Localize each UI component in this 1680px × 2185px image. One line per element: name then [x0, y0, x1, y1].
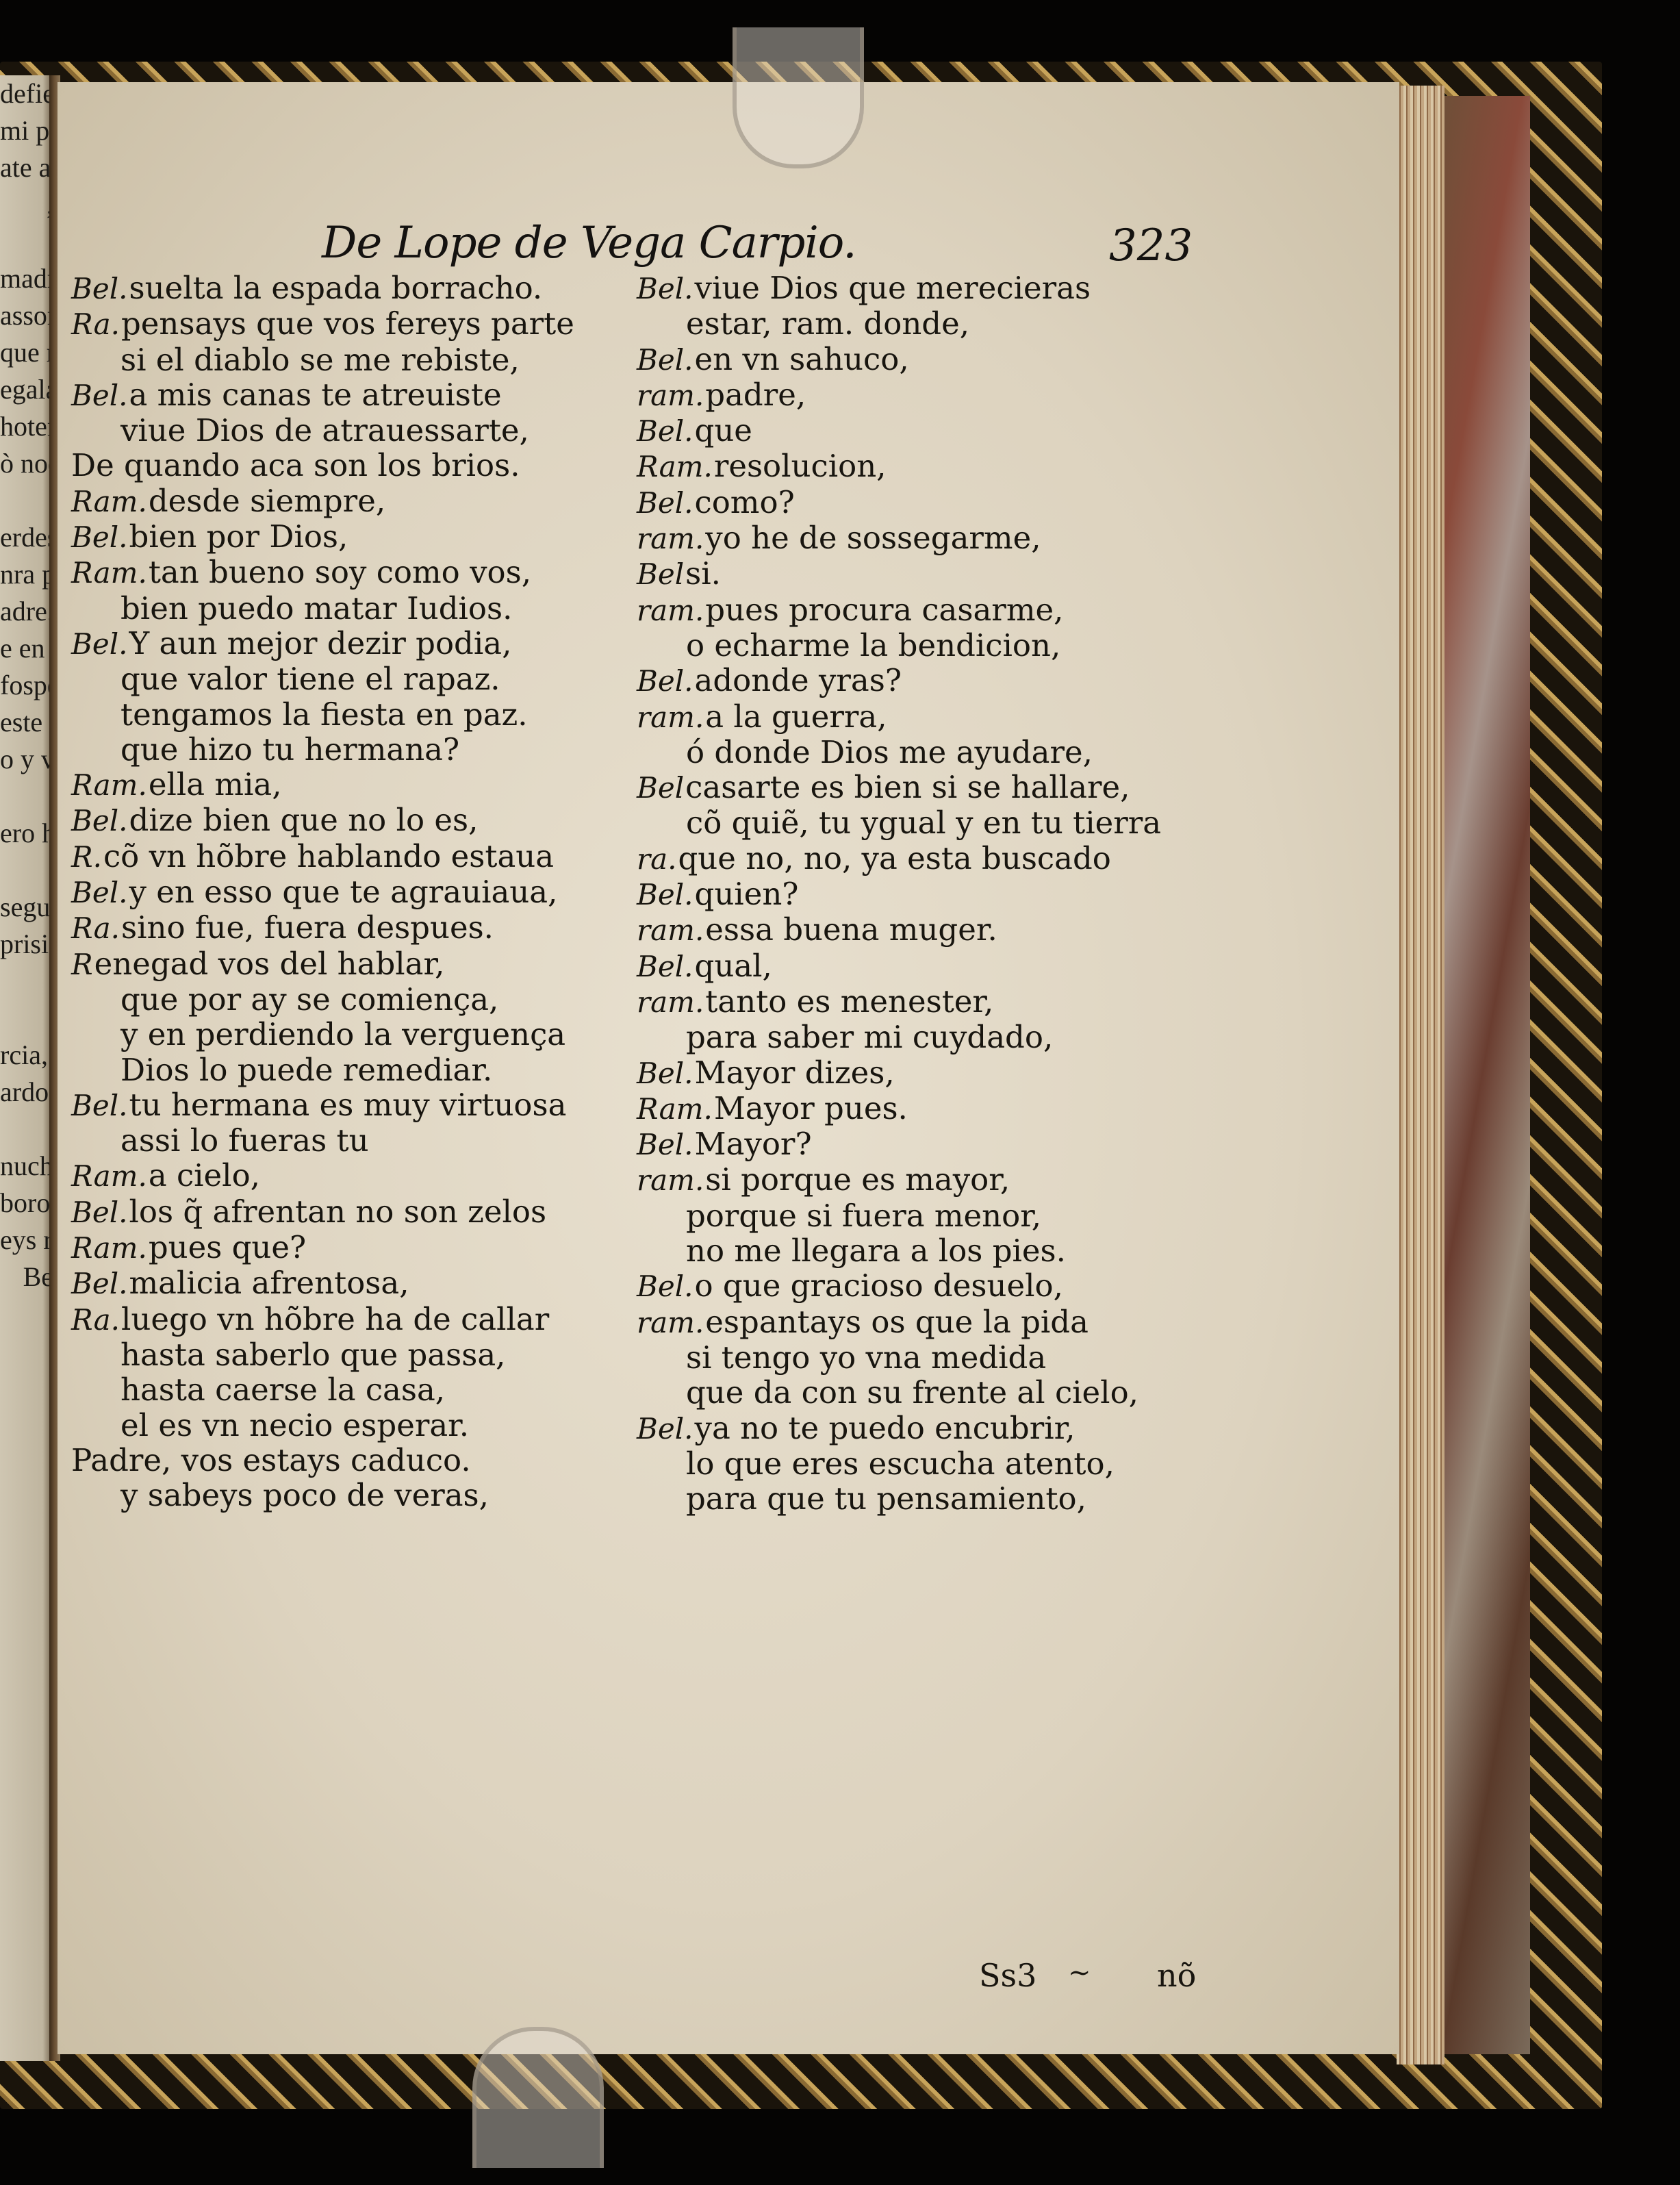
verse-text: si porque es mayor,	[705, 1161, 1010, 1198]
prev-page-text-fragment: ardo.	[0, 1074, 53, 1111]
verse-text: viue Dios que merecieras	[695, 270, 1091, 306]
verse-text: viue Dios de atrauessarte,	[120, 412, 529, 449]
prev-page-text-fragment: ,	[0, 186, 53, 223]
verse-line: Ram.tan bueno soy como vos,	[71, 555, 619, 590]
verse-line: Dios lo puede remediar.	[71, 1052, 619, 1087]
speaker-label: Bel.	[71, 520, 128, 554]
verse-text: para que tu pensamiento,	[686, 1480, 1086, 1517]
verse-line: que valor tiene el rapaz.	[71, 661, 619, 696]
ornament-dash: ~	[1068, 1957, 1091, 1988]
verse-text: quien?	[695, 876, 799, 912]
verse-line: ram.si porque es mayor,	[637, 1162, 1225, 1198]
verse-text: bien por Dios,	[129, 518, 348, 555]
verse-text: si el diablo se me rebiste,	[120, 342, 520, 378]
verse-text: a la guerra,	[705, 698, 887, 735]
verse-text: De quando aca son los brios.	[71, 447, 520, 483]
speaker-label: R	[71, 948, 93, 981]
verse-text: que da con su frente al cielo,	[686, 1374, 1138, 1411]
verse-text: tu hermana es muy virtuosa	[129, 1087, 567, 1123]
prev-page-text-fragment: Be	[0, 1259, 53, 1296]
verse-text: enegad vos del hablar,	[94, 946, 445, 982]
verse-line: tengamos la fiesta en paz.	[71, 697, 619, 732]
verse-line: ra.que no, no, ya esta buscado	[637, 841, 1225, 876]
verse-line: lo que eres escucha atento,	[637, 1446, 1225, 1481]
prev-page-text-fragment: assombra	[0, 297, 53, 334]
verse-line: ram.a la guerra,	[637, 699, 1225, 735]
prev-page-text-fragment: ero huyr	[0, 815, 53, 852]
verse-text: no me llegara a los pies.	[686, 1233, 1066, 1269]
catchword: nõ	[1157, 1957, 1196, 1994]
verse-text: suelta la espada borracho.	[129, 270, 543, 306]
prev-page-text-fragment: madre.	[0, 260, 53, 297]
verse-text: los q̃ afrentan no son zelos	[129, 1193, 547, 1230]
verse-text: padre,	[705, 377, 806, 413]
verse-line: ram.padre,	[637, 377, 1225, 413]
verse-text: para saber mi cuydado,	[686, 1019, 1053, 1055]
verse-text: porque si fuera menor,	[686, 1198, 1041, 1234]
verse-line: Bel.dize bien que no lo es,	[71, 803, 619, 838]
verse-line: no me llegara a los pies.	[637, 1233, 1225, 1268]
verse-line: viue Dios de atrauessarte,	[71, 413, 619, 448]
prev-page-text-fragment	[0, 1111, 53, 1148]
verse-text: y en perdiendo la verguença	[120, 1016, 565, 1052]
speaker-label: Bel.	[71, 804, 128, 837]
speaker-label: Ram.	[71, 768, 147, 802]
text-column-right: Bel.viue Dios que merecierasestar, ram. …	[637, 270, 1225, 1516]
verse-text: lo que eres escucha atento,	[686, 1445, 1115, 1482]
verse-line: Ram.desde siempre,	[71, 483, 619, 519]
verse-line: Bel.y en esso que te agrauiaua,	[71, 874, 619, 910]
speaker-label: Bel	[637, 557, 684, 591]
speaker-label: Bel.	[637, 486, 693, 520]
verse-text: que no, no, ya esta buscado	[678, 840, 1110, 876]
speaker-label: ram.	[637, 522, 704, 555]
prev-page-text-fragment: nuchach	[0, 1148, 53, 1185]
verse-text: bien puedo matar Iudios.	[120, 590, 512, 627]
speaker-label: Ra.	[71, 911, 120, 945]
verse-text: qual,	[695, 948, 772, 984]
verse-text: hasta caerse la casa,	[120, 1372, 445, 1408]
verse-line: ram.essa buena muger.	[637, 912, 1225, 948]
speaker-label: ram.	[637, 985, 704, 1019]
prev-page-text-fragment: e en huy	[0, 630, 53, 667]
verse-text: sino fue, fuera despues.	[121, 909, 494, 946]
verse-text: Dios lo puede remediar.	[120, 1052, 492, 1088]
verse-text: que	[695, 412, 752, 449]
verse-text: Padre, vos estays caduco.	[71, 1442, 471, 1478]
verse-line: De quando aca son los brios.	[71, 448, 619, 483]
verse-text: estar, ram. donde,	[686, 305, 969, 342]
speaker-label: ram.	[637, 379, 704, 412]
prev-page-text-fragment: fospech	[0, 667, 53, 704]
speaker-label: Bel	[637, 771, 684, 805]
verse-line: el es vn necio esperar.	[71, 1408, 619, 1443]
verse-line: cõ quiẽ, tu ygual y en tu tierra	[637, 805, 1225, 840]
speaker-label: Ram.	[71, 1231, 147, 1265]
verse-text: cõ quiẽ, tu ygual y en tu tierra	[686, 805, 1161, 841]
verse-text: hasta saberlo que passa,	[120, 1337, 505, 1373]
verse-text: adonde yras?	[695, 662, 902, 698]
verse-text: que valor tiene el rapaz.	[120, 661, 500, 697]
prev-page-text-fragment: nra pierda	[0, 556, 53, 593]
verse-line: Bel.ya no te puedo encubrir,	[637, 1411, 1225, 1446]
verse-line: R.cõ vn hõbre hablando estaua	[71, 839, 619, 874]
speaker-label: Bel.	[637, 414, 693, 448]
verse-line: ram.pues procura casarme,	[637, 592, 1225, 628]
verse-text: pensays que vos fereys parte	[121, 305, 574, 342]
verse-text: si tengo yo vna medida	[686, 1339, 1046, 1376]
verse-text: Y aun mejor dezir podia,	[129, 625, 512, 661]
speaker-label: Bel.	[637, 1128, 693, 1161]
prev-page-text-fragment	[0, 223, 53, 260]
page-clip-top	[733, 27, 864, 168]
verse-text: y sabeys poco de veras,	[120, 1477, 489, 1513]
speaker-label: ram.	[637, 913, 704, 947]
verse-line: o echarme la bendicion,	[637, 628, 1225, 663]
verse-text: Mayor dizes,	[695, 1054, 895, 1091]
verse-line: para saber mi cuydado,	[637, 1020, 1225, 1054]
prev-page-text-fragment	[0, 852, 53, 889]
verse-line: hasta caerse la casa,	[71, 1372, 619, 1407]
text-column-left: Bel.suelta la espada borracho.Ra.pensays…	[71, 270, 619, 1513]
verse-line: estar, ram. donde,	[637, 306, 1225, 341]
verse-line: Belsi.	[637, 556, 1225, 592]
verse-text: ya no te puedo encubrir,	[695, 1410, 1076, 1446]
verse-text: el es vn necio esperar.	[120, 1407, 469, 1443]
verse-text: si.	[685, 555, 721, 592]
verse-text: y en esso que te agrauiaua,	[129, 874, 558, 910]
verse-line: Bel.o que gracioso desuelo,	[637, 1268, 1225, 1304]
verse-text: dize bien que no lo es,	[129, 802, 479, 838]
page-edges	[1397, 86, 1444, 2064]
verse-line: y en perdiendo la verguença	[71, 1017, 619, 1052]
speaker-label: ram.	[637, 700, 704, 734]
prev-page-text-fragment: defienda	[0, 75, 53, 112]
verse-line: Bel.bien por Dios,	[71, 519, 619, 555]
speaker-label: Ram.	[637, 1092, 713, 1126]
verse-text: casarte es bien si se hallare,	[685, 769, 1130, 805]
page-number: 323	[1109, 220, 1193, 271]
verse-text: ó donde Dios me ayudare,	[686, 734, 1093, 770]
verse-line: ram.yo he de sossegarme,	[637, 520, 1225, 556]
verse-line: Bel.suelta la espada borracho.	[71, 270, 619, 306]
verse-line: si el diablo se me rebiste,	[71, 342, 619, 377]
prev-page-text-fragment	[0, 1000, 53, 1037]
verse-line: que da con su frente al cielo,	[637, 1375, 1225, 1410]
speaker-label: ram.	[637, 594, 704, 627]
prev-page-text-fragment: hotenóbr	[0, 408, 53, 445]
prev-page-text-fragment: o y vida,	[0, 741, 53, 778]
prev-page-text-fragment: prision.	[0, 926, 53, 963]
prev-page-text-fragment	[0, 482, 53, 519]
prev-page-text-fragment: borote	[0, 1185, 53, 1222]
verse-text: essa buena muger.	[705, 911, 997, 948]
prev-page-text-fragment: rcia, en	[0, 1037, 53, 1074]
speaker-label: Bel.	[71, 272, 128, 305]
verse-line: Bel.adonde yras?	[637, 663, 1225, 698]
verse-text: a cielo,	[149, 1157, 260, 1193]
verse-text: pues procura casarme,	[705, 592, 1063, 628]
prev-page-text-fragment: erdes.	[0, 519, 53, 556]
speaker-label: Ram.	[71, 1159, 147, 1193]
verse-text: yo he de sossegarme,	[705, 520, 1041, 556]
speaker-label: ra.	[637, 842, 676, 876]
verse-line: Belcasarte es bien si se hallare,	[637, 770, 1225, 805]
prev-page-text-fragment: adre.	[0, 593, 53, 630]
verse-line: Bel.qual,	[637, 948, 1225, 984]
verse-text: tan bueno soy como vos,	[149, 554, 531, 590]
previous-page-fragment: defiendami padreate aqui, madre.assombra…	[0, 75, 53, 2061]
page-clip-bottom	[472, 2027, 604, 2168]
verse-line: ram.tanto es menester,	[637, 984, 1225, 1020]
verse-line: Ram.pues que?	[71, 1230, 619, 1265]
verse-line: ram.espantays os que la pida	[637, 1304, 1225, 1340]
verse-text: a mis canas te atreuiste	[129, 377, 502, 413]
speaker-label: Bel.	[637, 343, 693, 377]
verse-text: malicia afrentosa,	[129, 1265, 409, 1301]
verse-text: o echarme la bendicion,	[686, 627, 1060, 664]
verse-text: resolucion,	[714, 448, 887, 484]
prev-page-text-fragment: ate aqui	[0, 149, 53, 186]
speaker-label: Ram.	[71, 485, 147, 518]
verse-text: Mayor pues.	[714, 1090, 908, 1126]
verse-text: tengamos la fiesta en paz.	[120, 696, 528, 733]
speaker-label: Bel.	[71, 1267, 128, 1300]
speaker-label: Bel.	[637, 1270, 693, 1303]
prev-page-text-fragment: mi padre	[0, 112, 53, 149]
verse-line: ó donde Dios me ayudare,	[637, 735, 1225, 770]
verse-text: luego vn hõbre ha de callar	[121, 1301, 549, 1337]
marbled-board-edge	[1434, 96, 1530, 2054]
speaker-label: ram.	[637, 1163, 704, 1197]
speaker-label: Bel.	[71, 1196, 128, 1229]
prev-page-text-fragment	[0, 963, 53, 1000]
prev-page-text-fragment	[0, 778, 53, 815]
running-title: De Lope de Vega Carpio.	[322, 218, 856, 268]
speaker-label: Ra.	[71, 307, 120, 341]
verse-line: Ra.sino fue, fuera despues.	[71, 910, 619, 946]
verse-text: espantays os que la pida	[705, 1304, 1089, 1340]
verse-line: Ra.luego vn hõbre ha de callar	[71, 1302, 619, 1337]
speaker-label: R.	[71, 840, 102, 874]
verse-line: Ram.resolucion,	[637, 449, 1225, 484]
verse-line: Bel.Mayor?	[637, 1126, 1225, 1162]
verse-line: Bel.los q̃ afrentan no son zelos	[71, 1194, 619, 1230]
speaker-label: Bel.	[637, 272, 693, 305]
verse-line: Ram.a cielo,	[71, 1158, 619, 1193]
speaker-label: Bel.	[71, 876, 128, 909]
prev-page-text-fragment: egala	[0, 371, 53, 408]
verse-line: Bel.tu hermana es muy virtuosa	[71, 1087, 619, 1123]
verse-line: assi lo fueras tu	[71, 1123, 619, 1158]
verse-text: que hizo tu hermana?	[120, 731, 459, 768]
prev-page-text-fragment: eys roto.	[0, 1222, 53, 1259]
prev-page-text-fragment: seguir,	[0, 889, 53, 926]
verse-line: y sabeys poco de veras,	[71, 1478, 619, 1513]
speaker-label: Ram.	[637, 450, 713, 483]
verse-line: Ra.pensays que vos fereys parte	[71, 306, 619, 342]
verse-line: Ram.ella mia,	[71, 767, 619, 803]
prev-page-text-fragment: que mal,	[0, 334, 53, 371]
speaker-label: Bel.	[71, 379, 128, 412]
prev-page-text-fragment: ò noquar	[0, 445, 53, 482]
speaker-label: Ram.	[71, 556, 147, 590]
verse-text: cõ vn hõbre hablando estaua	[103, 838, 554, 874]
verse-line: hasta saberlo que passa,	[71, 1337, 619, 1372]
verse-text: tanto es menester,	[705, 983, 993, 1020]
speaker-label: Bel.	[637, 878, 693, 911]
verse-line: Padre, vos estays caduco.	[71, 1443, 619, 1478]
verse-text: en vn sahuco,	[695, 341, 909, 377]
verse-line: Bel.en vn sahuco,	[637, 342, 1225, 377]
verse-text: o que gracioso desuelo,	[695, 1267, 1063, 1304]
verse-text: assi lo fueras tu	[120, 1122, 369, 1159]
verse-line: Bel.Mayor dizes,	[637, 1055, 1225, 1091]
verse-text: pues que?	[149, 1229, 306, 1265]
verse-line: porque si fuera menor,	[637, 1198, 1225, 1233]
speaker-label: Bel.	[637, 1412, 693, 1445]
verse-line: Bel.que	[637, 413, 1225, 449]
verse-line: que por ay se comiença,	[71, 982, 619, 1017]
verse-text: que por ay se comiença,	[120, 981, 498, 1018]
verse-line: que hizo tu hermana?	[71, 732, 619, 767]
speaker-label: Bel.	[71, 1089, 128, 1122]
speaker-label: Bel.	[637, 950, 693, 983]
signature-mark: Ss3	[979, 1957, 1036, 1994]
verse-line: Bel.viue Dios que merecieras	[637, 270, 1225, 306]
verse-text: ella mia,	[149, 766, 282, 803]
verse-line: Bel.quien?	[637, 876, 1225, 912]
verse-line: Bel.malicia afrentosa,	[71, 1265, 619, 1301]
verse-line: Bel.como?	[637, 485, 1225, 520]
verse-line: Bel.Y aun mejor dezir podia,	[71, 626, 619, 661]
verse-line: bien puedo matar Iudios.	[71, 591, 619, 626]
prev-page-text-fragment: este pec	[0, 704, 53, 741]
verse-text: Mayor?	[695, 1126, 812, 1162]
verse-line: Bel.a mis canas te atreuiste	[71, 377, 619, 413]
speaker-label: Bel.	[637, 1057, 693, 1090]
verse-line: para que tu pensamiento,	[637, 1481, 1225, 1516]
speaker-label: Bel.	[637, 664, 693, 698]
verse-text: como?	[695, 484, 795, 520]
verse-line: Renegad vos del hablar,	[71, 946, 619, 982]
verse-line: Ram.Mayor pues.	[637, 1091, 1225, 1126]
verse-line: si tengo yo vna medida	[637, 1340, 1225, 1375]
verse-text: desde siempre,	[149, 483, 385, 519]
speaker-label: Bel.	[71, 627, 128, 661]
speaker-label: Ra.	[71, 1303, 120, 1337]
speaker-label: ram.	[637, 1306, 704, 1339]
